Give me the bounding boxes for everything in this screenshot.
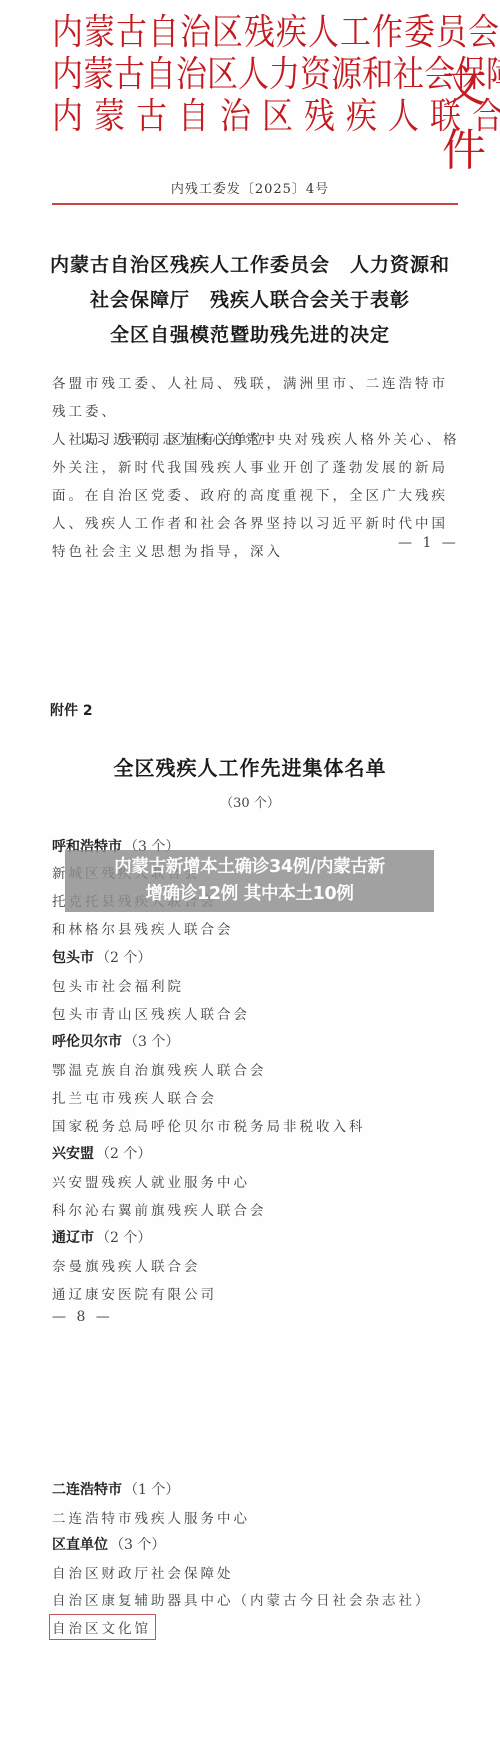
letterhead-org-3: 内蒙古自治区残疾人联合会 — [52, 96, 500, 137]
document-page-1: 内蒙古自治区残疾人工作委员会 内蒙古自治区人力资源和社会保障厅 内蒙古自治区残疾… — [0, 0, 500, 570]
group-name: 二连浩特市 — [52, 1482, 122, 1498]
list-item: 通辽康安医院有限公司 — [52, 1283, 217, 1303]
list-count: （30 个） — [0, 792, 500, 811]
headline-line-1: 内蒙古新增本土确诊34例/内蒙古新 — [114, 854, 385, 881]
list-item: 扎兰屯市残疾人联合会 — [52, 1087, 217, 1107]
headline-line-2: 增确诊12例 其中本土10例 — [145, 881, 353, 908]
page-number: — 1 — — [398, 535, 459, 551]
red-letterhead: 内蒙古自治区残疾人工作委员会 内蒙古自治区人力资源和社会保障厅 内蒙古自治区残疾… — [52, 8, 472, 134]
group-heading: 通辽市（2 个） — [52, 1227, 151, 1247]
page-number: — 8 — — [52, 1309, 113, 1325]
list-item: 鄂温克族自治旗残疾人联合会 — [52, 1059, 267, 1079]
document-title: 内蒙古自治区残疾人工作委员会 人力资源和 社会保障厅 残疾人联合会关于表彰 全区… — [0, 248, 500, 353]
group-heading: 二连浩特市（1 个） — [52, 1479, 179, 1499]
document-number: 内残工委发〔2025〕4号 — [0, 178, 500, 197]
list-item: 和林格尔县残疾人联合会 — [52, 918, 234, 938]
group-heading: 兴安盟（2 个） — [52, 1143, 151, 1163]
letterhead-org-1: 内蒙古自治区残疾人工作委员会 — [52, 12, 500, 53]
group-count: （2 个） — [96, 1230, 151, 1246]
group-name: 通辽市 — [52, 1230, 94, 1246]
list-item: 自治区康复辅助器具中心（内蒙古今日社会杂志社） — [52, 1589, 432, 1609]
list-item: 包头市社会福利院 — [52, 975, 184, 995]
group-heading: 呼伦贝尔市（3 个） — [52, 1031, 179, 1051]
list-item: 二连浩特市残疾人服务中心 — [52, 1507, 250, 1527]
group-heading: 区直单位（3 个） — [52, 1534, 165, 1554]
letterhead-document-suffix: 文件 — [442, 50, 488, 178]
highlighted-list-item: 自治区文化馆 — [49, 1614, 156, 1640]
list-item: 兴安盟残疾人就业服务中心 — [52, 1171, 250, 1191]
addressee-line-1: 各盟市残工委、人社局、残联，满洲里市、二连浩特市残工委、 — [52, 370, 462, 426]
list-item: 国家税务总局呼伦贝尔市税务局非税收入科 — [52, 1115, 366, 1135]
list-item: 自治区财政厅社会保障处 — [52, 1562, 234, 1582]
red-divider-line — [52, 203, 458, 205]
list-item: 包头市青山区残疾人联合会 — [52, 1003, 250, 1023]
group-count: （2 个） — [96, 950, 151, 966]
group-count: （3 个） — [124, 1034, 179, 1050]
title-line-1: 内蒙古自治区残疾人工作委员会 人力资源和 — [0, 248, 500, 283]
group-count: （1 个） — [124, 1482, 179, 1498]
group-name: 呼伦贝尔市 — [52, 1034, 122, 1050]
title-line-2: 社会保障厅 残疾人联合会关于表彰 — [0, 283, 500, 318]
attachment-label: 附件 2 — [50, 700, 93, 720]
group-name: 兴安盟 — [52, 1146, 94, 1162]
letterhead-org-2: 内蒙古自治区人力资源和社会保障厅 — [52, 54, 500, 95]
group-name: 包头市 — [52, 950, 94, 966]
group-heading: 包头市（2 个） — [52, 947, 151, 967]
title-line-3: 全区自强模范暨助残先进的决定 — [0, 318, 500, 353]
list-item: 科尔沁右翼前旗残疾人联合会 — [52, 1199, 267, 1219]
group-count: （3 个） — [110, 1537, 165, 1553]
group-count: （2 个） — [96, 1146, 151, 1162]
list-title: 全区残疾人工作先进集体名单 — [0, 752, 500, 781]
group-name: 区直单位 — [52, 1537, 108, 1553]
headline-overlay-banner: 内蒙古新增本土确诊34例/内蒙古新 增确诊12例 其中本土10例 — [65, 850, 434, 912]
list-item: 奈曼旗残疾人联合会 — [52, 1255, 201, 1275]
